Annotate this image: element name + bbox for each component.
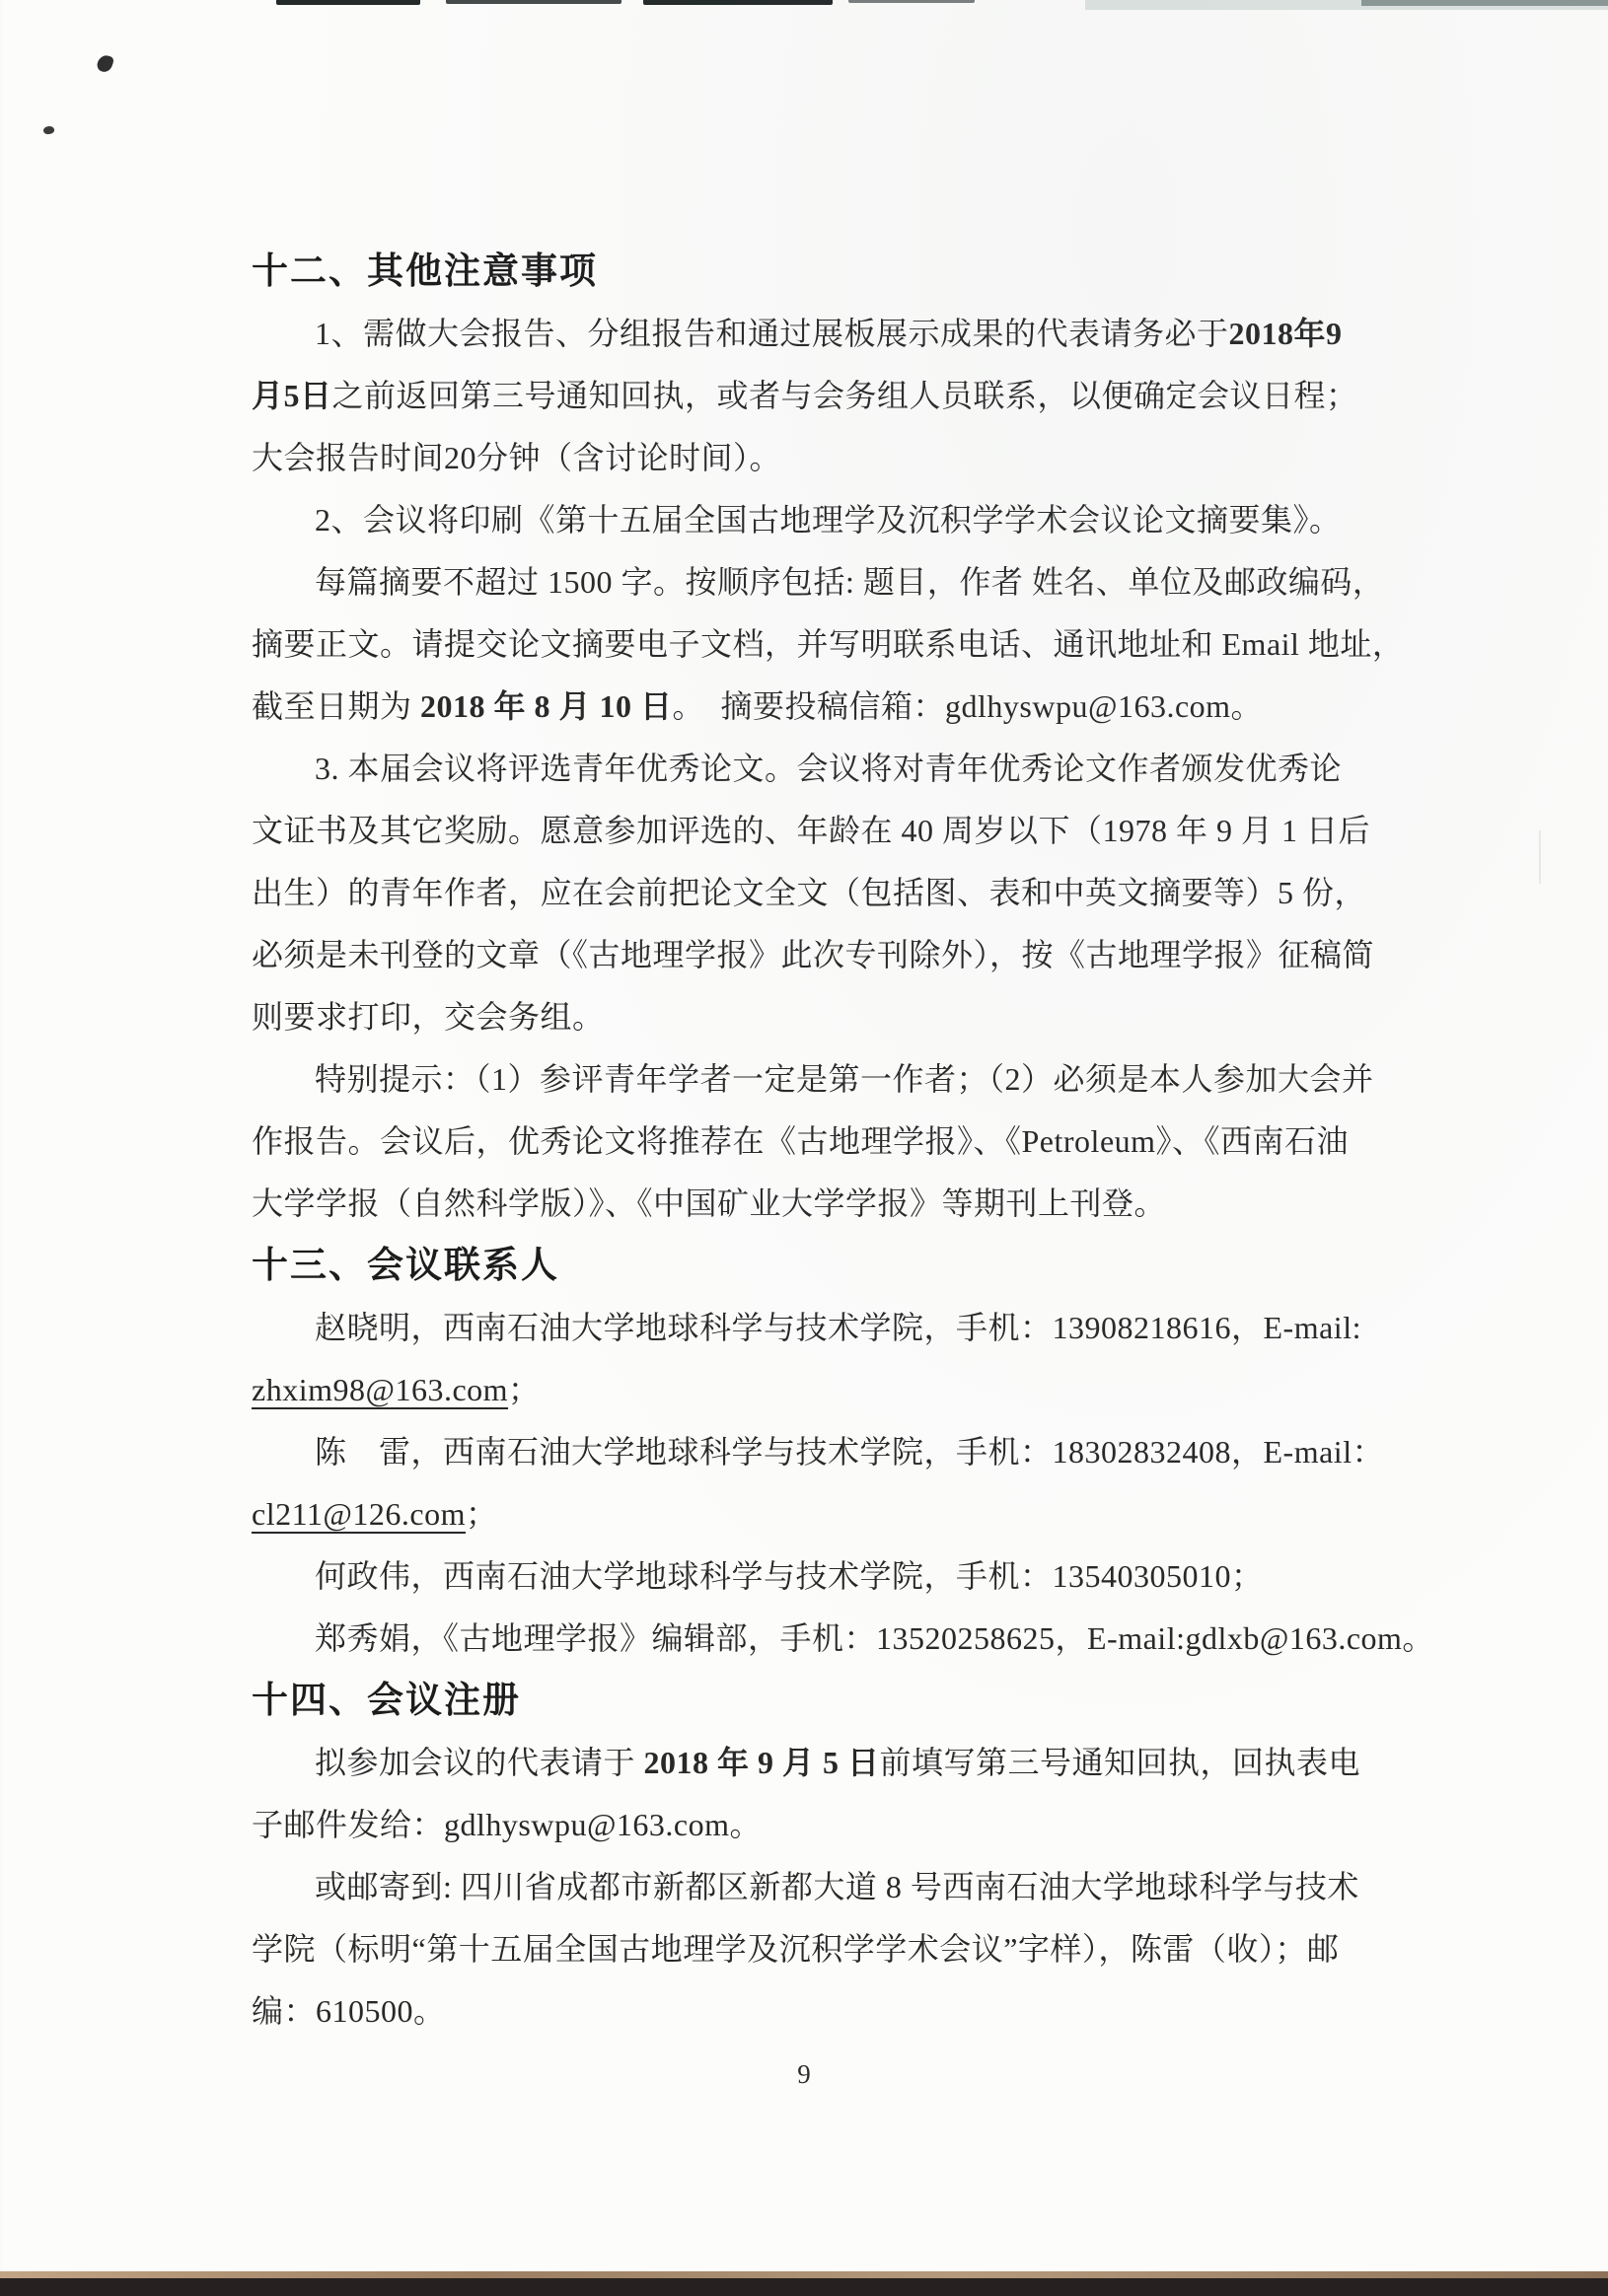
text-line: 拟参加会议的代表请于 2018 年 9 月 5 日前填写第三号通知回执，回执表电: [252, 1732, 1396, 1794]
text-line: 月5日之前返回第三号通知回执，或者与会务组人员联系，以便确定会议日程；: [252, 365, 1396, 427]
scan-artifact-top-edge: [446, 0, 621, 4]
text-run: 月5日: [252, 378, 332, 413]
text-run: 编：610500。: [252, 1993, 446, 2029]
text-run: 郑秀娟，《古地理学报》编辑部，手机：13520258625，E-mail:gdl…: [315, 1620, 1434, 1656]
scanned-document-page: 十二、其他注意事项1、需做大会报告、分组报告和通过展板展示成果的代表请务必于20…: [0, 0, 1608, 2296]
text-run: 截至日期为: [252, 688, 420, 724]
text-run: 作报告。会议后，优秀论文将推荐在《古地理学报》、《Petroleum》、《西南石…: [252, 1123, 1349, 1159]
text-line: 摘要正文。请提交论文摘要电子文档，并写明联系电话、通讯地址和 Email 地址，: [252, 613, 1396, 676]
text-run: ；: [508, 1372, 541, 1407]
scan-artifact-top-edge: [276, 0, 420, 5]
text-run: 何政伟，西南石油大学地球科学与技术学院，手机：13540305010；: [315, 1558, 1264, 1594]
text-line: 则要求打印，交会务组。: [252, 986, 1396, 1048]
document-body: 十二、其他注意事项1、需做大会报告、分组报告和通过展板展示成果的代表请务必于20…: [252, 241, 1396, 2043]
text-run: 或邮寄到: 四川省成都市新都区新都大道 8 号西南石油大学地球科学与技术: [315, 1869, 1359, 1904]
text-run: 十三、会议联系人: [252, 1246, 559, 1286]
text-run: 则要求打印，交会务组。: [252, 999, 605, 1035]
text-line: 2、会议将印刷《第十五届全国古地理学及沉积学学术会议论文摘要集》。: [252, 489, 1396, 551]
scan-artifact-top-edge: [643, 0, 833, 5]
text-run: 2018 年 8 月 10 日: [420, 688, 673, 724]
text-run: 2、会议将印刷《第十五届全国古地理学及沉积学学术会议论文摘要集》。: [315, 502, 1342, 538]
text-run: 每篇摘要不超过 1500 字。按顺序包括: 题目，作者 姓名、单位及邮政编码，: [315, 564, 1384, 600]
email-underlined: zhxim98@163.com: [252, 1372, 508, 1407]
text-line: 3. 本届会议将评选青年优秀论文。会议将对青年优秀论文作者颁发优秀论: [252, 738, 1396, 800]
scan-speck: [42, 125, 54, 135]
text-run: 摘要正文。请提交论文摘要电子文档，并写明联系电话、通讯地址和 Email 地址，: [252, 626, 1404, 662]
section-heading: 十四、会议注册: [252, 1670, 1396, 1732]
text-line: 编：610500。: [252, 1980, 1396, 2043]
scan-artifact-top-edge: [848, 0, 975, 3]
scan-artifact-top-wash: [1085, 0, 1608, 10]
text-line: 文证书及其它奖励。愿意参加评选的、年龄在 40 周岁以下（1978 年 9 月 …: [252, 800, 1396, 862]
text-line: 必须是未刊登的文章（《古地理学报》此次专刊除外），按《古地理学报》征稿简: [252, 924, 1396, 986]
text-line: 截至日期为 2018 年 8 月 10 日。 摘要投稿信箱：gdlhyswpu@…: [252, 676, 1396, 738]
text-line: 出生）的青年作者，应在会前把论文全文（包括图、表和中英文摘要等）5 份，: [252, 862, 1396, 924]
text-line: 陈 雷，西南石油大学地球科学与技术学院，手机：18302832408，E-mai…: [252, 1421, 1396, 1483]
text-run: 大学学报（自然科学版）》、《中国矿业大学学报》等期刊上刊登。: [252, 1185, 1166, 1221]
text-run: 出生）的青年作者，应在会前把论文全文（包括图、表和中英文摘要等）5 份，: [252, 875, 1366, 910]
text-run: 赵晓明，西南石油大学地球科学与技术学院，手机：13908218616，E-mai…: [315, 1310, 1361, 1345]
text-run: 拟参加会议的代表请于: [315, 1745, 644, 1780]
text-line: zhxim98@163.com；: [252, 1359, 1396, 1421]
text-line: 大学学报（自然科学版）》、《中国矿业大学学报》等期刊上刊登。: [252, 1173, 1396, 1235]
text-run: 前填写第三号通知回执，回执表电: [880, 1745, 1361, 1780]
text-run: 文证书及其它奖励。愿意参加评选的、年龄在 40 周岁以下（1978 年 9 月 …: [252, 813, 1370, 848]
text-run: 十四、会议注册: [252, 1681, 521, 1721]
text-run: 1、需做大会报告、分组报告和通过展板展示成果的代表请务必于: [315, 316, 1229, 351]
text-run: 。 摘要投稿信箱：gdlhyswpu@163.com。: [673, 688, 1264, 724]
text-run: 子邮件发给：gdlhyswpu@163.com。: [252, 1807, 762, 1842]
text-run: 3. 本届会议将评选青年优秀论文。会议将对青年优秀论文作者颁发优秀论: [315, 751, 1342, 786]
text-line: 或邮寄到: 四川省成都市新都区新都大道 8 号西南石油大学地球科学与技术: [252, 1856, 1396, 1918]
text-run: 必须是未刊登的文章（《古地理学报》此次专刊除外），按《古地理学报》征稿简: [252, 937, 1374, 972]
text-line: 1、需做大会报告、分组报告和通过展板展示成果的代表请务必于2018年9: [252, 303, 1396, 365]
text-line: 大会报告时间20分钟（含讨论时间）。: [252, 427, 1396, 489]
email-underlined: cl211@126.com: [252, 1496, 466, 1532]
text-run: ；: [466, 1496, 498, 1532]
text-run: 陈 雷，西南石油大学地球科学与技术学院，手机：18302832408，E-mai…: [315, 1434, 1384, 1470]
text-line: 赵晓明，西南石油大学地球科学与技术学院，手机：13908218616，E-mai…: [252, 1297, 1396, 1359]
text-line: 每篇摘要不超过 1500 字。按顺序包括: 题目，作者 姓名、单位及邮政编码，: [252, 551, 1396, 613]
text-run: 2018 年 9 月 5 日: [644, 1745, 880, 1780]
text-run: 大会报告时间20分钟（含讨论时间）。: [252, 440, 781, 475]
text-run: 特别提示：（1）参评青年学者一定是第一作者；（2）必须是本人参加大会并: [315, 1061, 1374, 1097]
text-line: 作报告。会议后，优秀论文将推荐在《古地理学报》、《Petroleum》、《西南石…: [252, 1111, 1396, 1173]
text-line: 何政伟，西南石油大学地球科学与技术学院，手机：13540305010；: [252, 1545, 1396, 1608]
scan-speck: [96, 53, 115, 74]
text-run: 之前返回第三号通知回执，或者与会务组人员联系，以便确定会议日程；: [332, 378, 1358, 413]
scan-artifact-top-smudge: [1361, 0, 1608, 6]
text-line: cl211@126.com；: [252, 1483, 1396, 1545]
section-heading: 十三、会议联系人: [252, 1235, 1396, 1297]
text-line: 子邮件发给：gdlhyswpu@163.com。: [252, 1794, 1396, 1856]
scan-artifact-bottom-line: [0, 2271, 1608, 2278]
section-heading: 十二、其他注意事项: [252, 241, 1396, 303]
scan-artifact-bottom-edge: [0, 2278, 1608, 2296]
text-line: 郑秀娟，《古地理学报》编辑部，手机：13520258625，E-mail:gdl…: [252, 1608, 1396, 1670]
page-number: 9: [0, 2059, 1608, 2089]
text-run: 2018年9: [1229, 316, 1343, 351]
text-run: 学院（标明“第十五届全国古地理学及沉积学学术会议”字样），陈雷（收）；邮: [252, 1931, 1339, 1967]
text-line: 学院（标明“第十五届全国古地理学及沉积学学术会议”字样），陈雷（收）；邮: [252, 1918, 1396, 1980]
text-line: 特别提示：（1）参评青年学者一定是第一作者；（2）必须是本人参加大会并: [252, 1048, 1396, 1111]
text-run: 十二、其他注意事项: [252, 251, 598, 292]
scan-artifact-streak: [1539, 830, 1541, 884]
